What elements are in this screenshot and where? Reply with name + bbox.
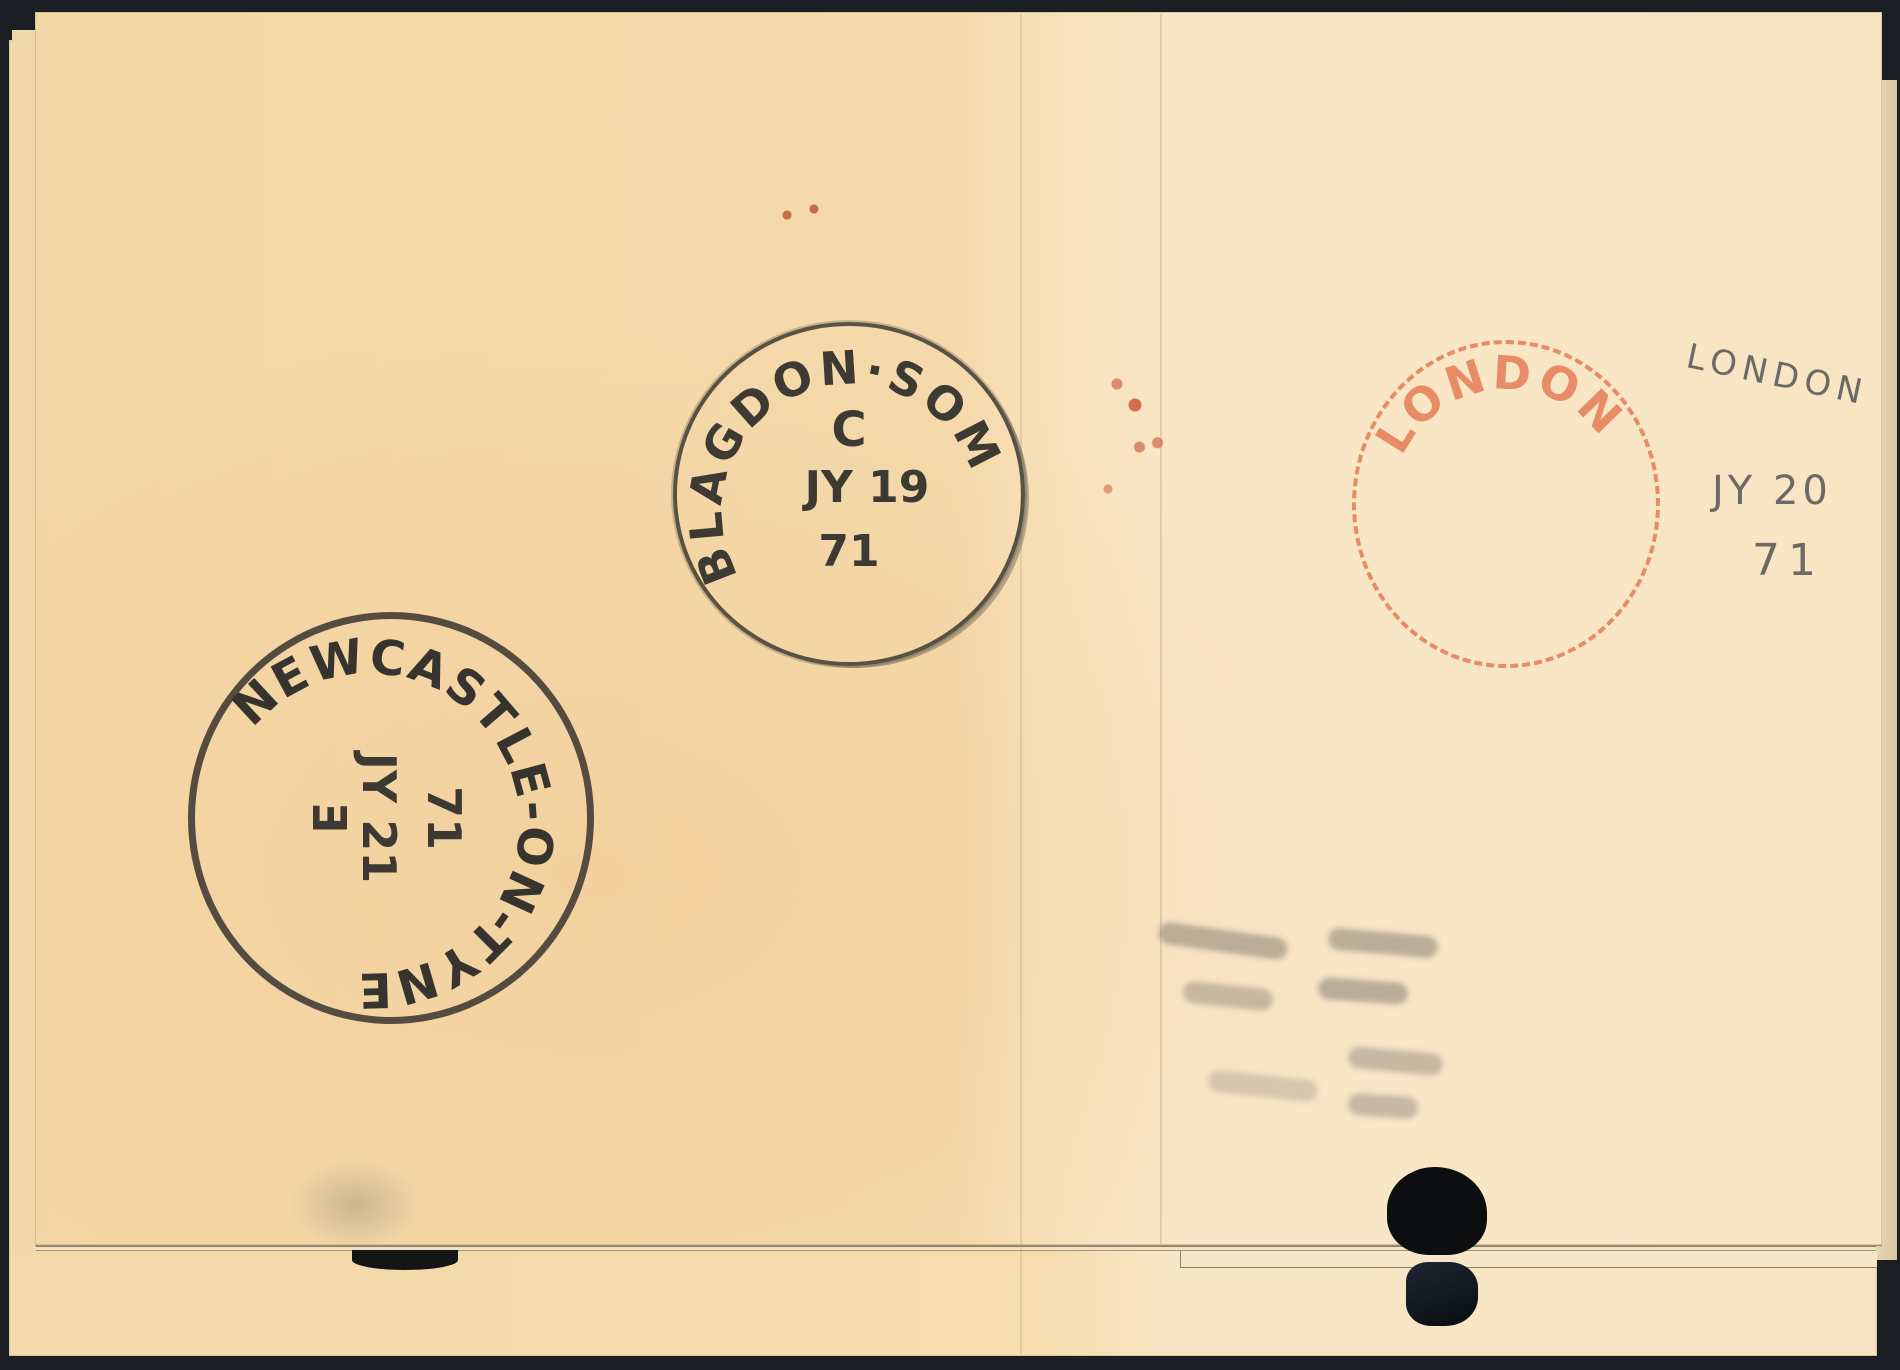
obliterator-bar	[1182, 980, 1274, 1011]
obliterator-bar	[1347, 1093, 1418, 1120]
london-ring-text: LONDON	[1356, 344, 1656, 664]
obliterator-bars	[1148, 910, 1448, 1150]
ink-smudge	[290, 1160, 420, 1250]
left-sheet-edge	[12, 30, 37, 1250]
obliterator-bar	[1317, 977, 1408, 1005]
london-red-postmark: LONDON	[1352, 340, 1660, 668]
red-ink-specks	[775, 200, 835, 230]
newcastle-center: E JY 21 71	[192, 622, 590, 1014]
newcastle-postmark: NEWCASTLE-ON-TYNE E JY 21 71	[188, 612, 594, 1024]
newcastle-year: 71	[417, 622, 471, 1014]
wax-seal-fragment	[352, 1250, 458, 1270]
flap-step-edge	[1180, 1251, 1877, 1268]
newcastle-date: JY 21	[352, 622, 406, 1014]
obliterator-bar	[1157, 921, 1289, 961]
blagdon-date: JY 19	[695, 462, 1039, 513]
pencil-note-year: 71	[1752, 535, 1824, 586]
blagdon-year: 71	[677, 526, 1021, 577]
obliterator-bar	[1327, 927, 1438, 959]
blagdon-postmark: BLAGDON·SOM C JY 19 71	[673, 322, 1025, 666]
pencil-note-date: JY 20	[1712, 468, 1832, 514]
obliterator-bar	[1347, 1046, 1444, 1076]
newcastle-code: E	[302, 622, 356, 1014]
wax-seal-lower	[1406, 1262, 1478, 1326]
blagdon-code: C	[677, 402, 1021, 458]
wax-seal	[1387, 1167, 1487, 1255]
vertical-fold-crease	[1020, 14, 1022, 1354]
svg-text:LONDON: LONDON	[1365, 345, 1635, 462]
obliterator-bar	[1207, 1069, 1319, 1102]
red-ink-mark	[1090, 370, 1180, 510]
